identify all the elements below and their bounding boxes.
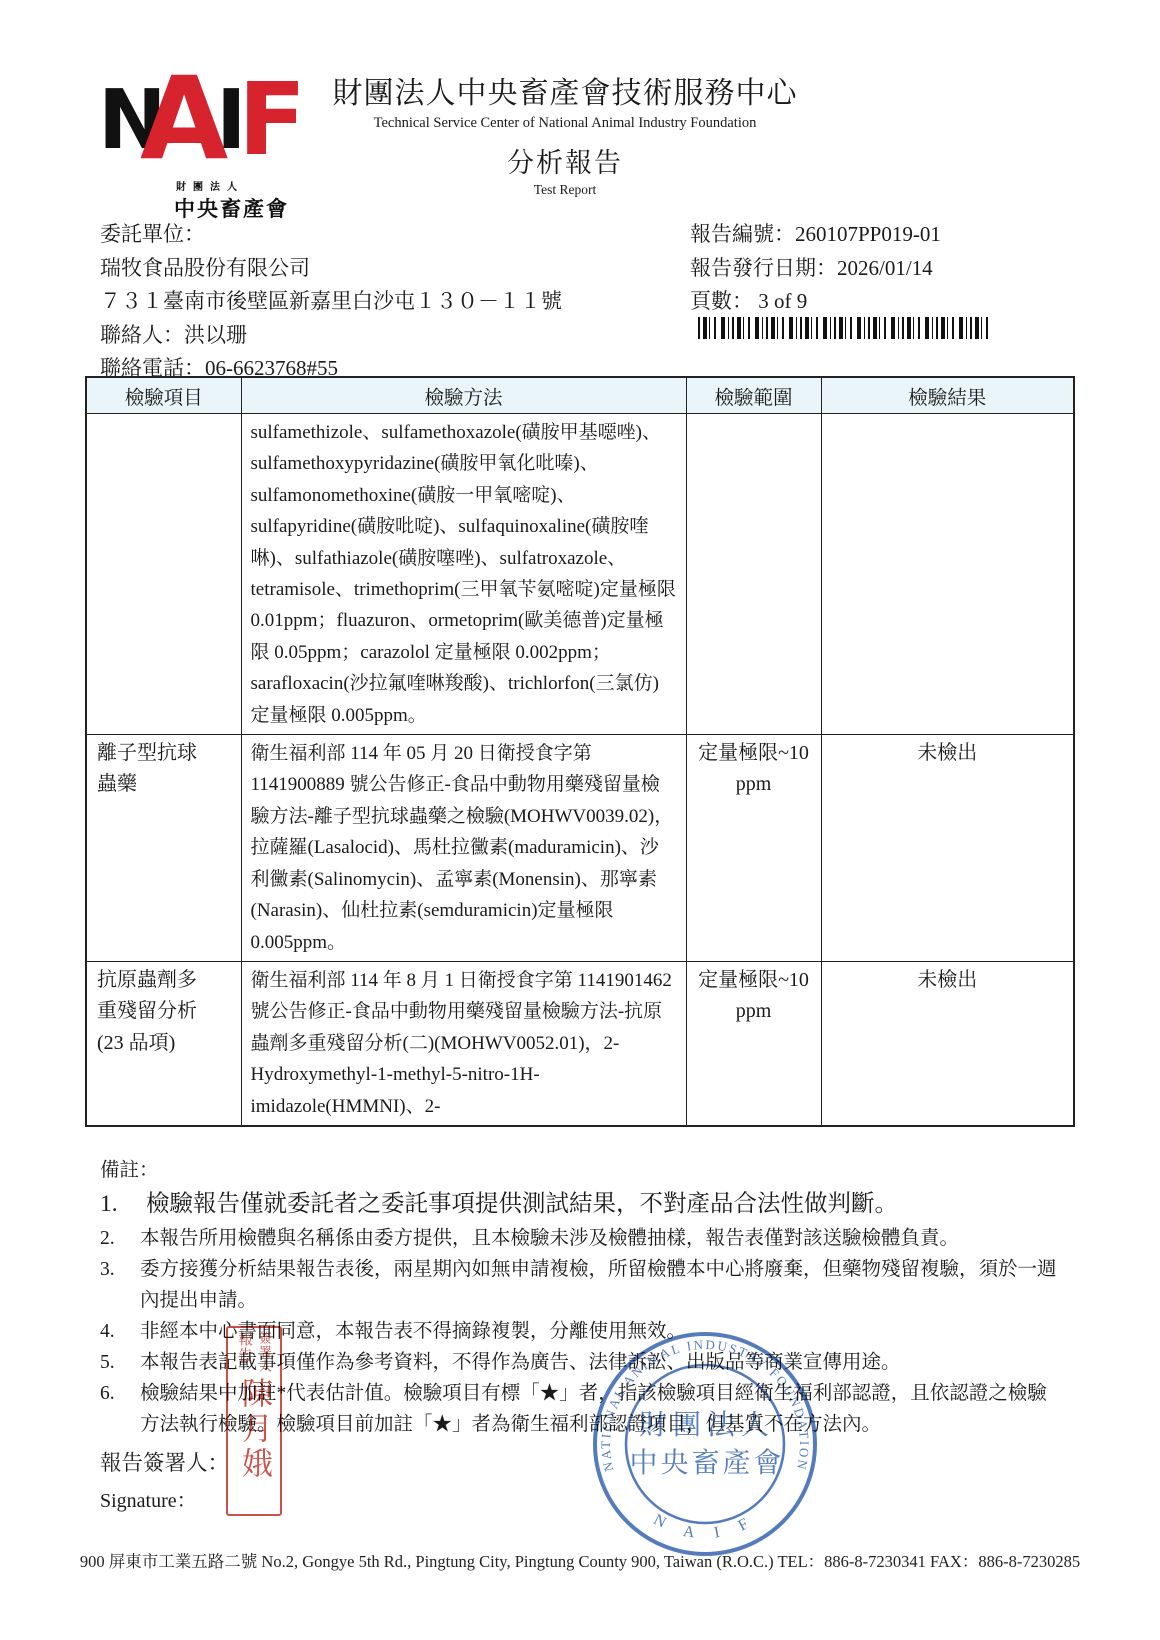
signer-stamp-title-left: 報告 [237, 1331, 253, 1373]
test-report-page: N A I F 財團法人 中央畜產會 財團法人中央畜產會技術服務中心 Techn… [0, 0, 1160, 1640]
note-text: 委方接獲分析結果報告表後，兩星期內如無申請複檢，所留檢體本中心將廢棄，但藥物殘留… [140, 1254, 1062, 1316]
test-result: 未檢出 [821, 961, 1074, 1126]
footer-address: 900 屏東市工業五路二號 No.2, Gongye 5th Rd., Ping… [0, 1548, 1160, 1572]
table-row: 抗原蟲劑多重殘留分析(23 品項) 衛生福利部 114 年 8 月 1 日衛授食… [86, 961, 1074, 1126]
logo-subtitle-small: 財團法人 [176, 178, 298, 193]
test-item: 抗原蟲劑多重殘留分析(23 品項) [86, 961, 241, 1126]
signer-stamp-name: 陳月娥 [237, 1377, 271, 1482]
client-label: 委託單位： [100, 218, 562, 252]
test-item [86, 414, 241, 735]
org-name-zh: 財團法人中央畜產會技術服務中心 [300, 68, 830, 112]
signer-stamp: 報告 簽署人 陳月娥 [226, 1326, 282, 1516]
column-header-range: 檢驗範圍 [686, 377, 821, 414]
test-range [686, 414, 821, 735]
note-number: 3. [100, 1254, 140, 1316]
stamp-inner-circle [626, 1365, 784, 1523]
stamp-center-line1: 財團法人 [639, 1409, 775, 1441]
test-item: 離子型抗球蟲藥 [86, 735, 241, 962]
stamp-center-line2: 中央畜產會 [629, 1447, 784, 1479]
table-row: sulfamethizole、sulfamethoxazole(磺胺甲基噁唑)、… [86, 414, 1074, 735]
test-method: 衛生福利部 114 年 05 月 20 日衛授食字第 1141900889 號公… [241, 735, 686, 962]
client-address: ７３１臺南市後壁區新嘉里白沙屯１３０－１１號 [100, 285, 562, 319]
report-issue-date: 報告發行日期：2026/01/14 [690, 252, 941, 286]
test-result [821, 414, 1074, 735]
client-contact: 聯絡人：洪以珊 [100, 319, 562, 353]
test-range: 定量極限~10 ppm [686, 735, 821, 962]
report-title-en: Test Report [300, 182, 830, 198]
test-method: sulfamethizole、sulfamethoxazole(磺胺甲基噁唑)、… [241, 414, 686, 735]
notes-label: 備註： [100, 1156, 1062, 1186]
logo-letter-f: F [238, 64, 298, 176]
report-number: 報告編號：260107PP019-01 [690, 218, 941, 252]
test-range: 定量極限~10 ppm [686, 961, 821, 1126]
report-title-zh: 分析報告 [300, 141, 830, 180]
naif-logo: N A I F 財團法人 中央畜產會 [98, 64, 298, 223]
client-company: 瑞牧食品股份有限公司 [100, 252, 562, 286]
naif-logo-icon: N A I F [98, 64, 298, 176]
note-number: 1. [100, 1186, 146, 1223]
note-number: 5. [100, 1347, 140, 1378]
stamp-naif-text: N A I F [651, 1511, 760, 1542]
report-header: 財團法人中央畜產會技術服務中心 Technical Service Center… [300, 68, 830, 198]
note-number: 2. [100, 1223, 140, 1254]
note-text: 檢驗報告僅就委託者之委託事項提供測試結果，不對產品合法性做判斷。 [146, 1186, 1062, 1223]
barcode [698, 317, 990, 339]
note-number: 4. [100, 1316, 140, 1347]
test-results-table: 檢驗項目 檢驗方法 檢驗範圍 檢驗結果 sulfamethizole、sulfa… [85, 376, 1075, 1127]
signer-stamp-title: 報告 簽署人 [237, 1331, 271, 1373]
note-item: 1. 檢驗報告僅就委託者之委託事項提供測試結果，不對產品合法性做判斷。 [100, 1186, 1062, 1223]
note-text: 本報告所用檢體與名稱係由委方提供，且本檢驗未涉及檢體抽樣，報告表僅對該送驗檢體負… [140, 1223, 1062, 1254]
note-item: 2. 本報告所用檢體與名稱係由委方提供，且本檢驗未涉及檢體抽樣，報告表僅對該送驗… [100, 1223, 1062, 1254]
column-header-result: 檢驗結果 [821, 377, 1074, 414]
official-round-stamp: NATIONAL ANIMAL INDUSTRY FOUNDATION N A … [585, 1324, 825, 1564]
table-header-row: 檢驗項目 檢驗方法 檢驗範圍 檢驗結果 [86, 377, 1074, 414]
report-meta: 報告編號：260107PP019-01 報告發行日期：2026/01/14 頁數… [690, 218, 941, 319]
signer-stamp-title-right: 簽署人 [255, 1331, 271, 1373]
column-header-item: 檢驗項目 [86, 377, 241, 414]
report-pages: 頁數： 3 of 9 [690, 285, 941, 319]
note-number: 6. [100, 1378, 140, 1440]
table-row: 離子型抗球蟲藥 衛生福利部 114 年 05 月 20 日衛授食字第 11419… [86, 735, 1074, 962]
note-item: 3. 委方接獲分析結果報告表後，兩星期內如無申請複檢，所留檢體本中心將廢棄，但藥… [100, 1254, 1062, 1316]
test-method: 衛生福利部 114 年 8 月 1 日衛授食字第 1141901462 號公告修… [241, 961, 686, 1126]
client-info: 委託單位： 瑞牧食品股份有限公司 ７３１臺南市後壁區新嘉里白沙屯１３０－１１號 … [100, 218, 562, 386]
logo-letter-a: A [140, 64, 228, 176]
column-header-method: 檢驗方法 [241, 377, 686, 414]
test-result: 未檢出 [821, 735, 1074, 962]
stamp-outer-circle [595, 1334, 815, 1554]
org-name-en: Technical Service Center of National Ani… [300, 115, 830, 132]
